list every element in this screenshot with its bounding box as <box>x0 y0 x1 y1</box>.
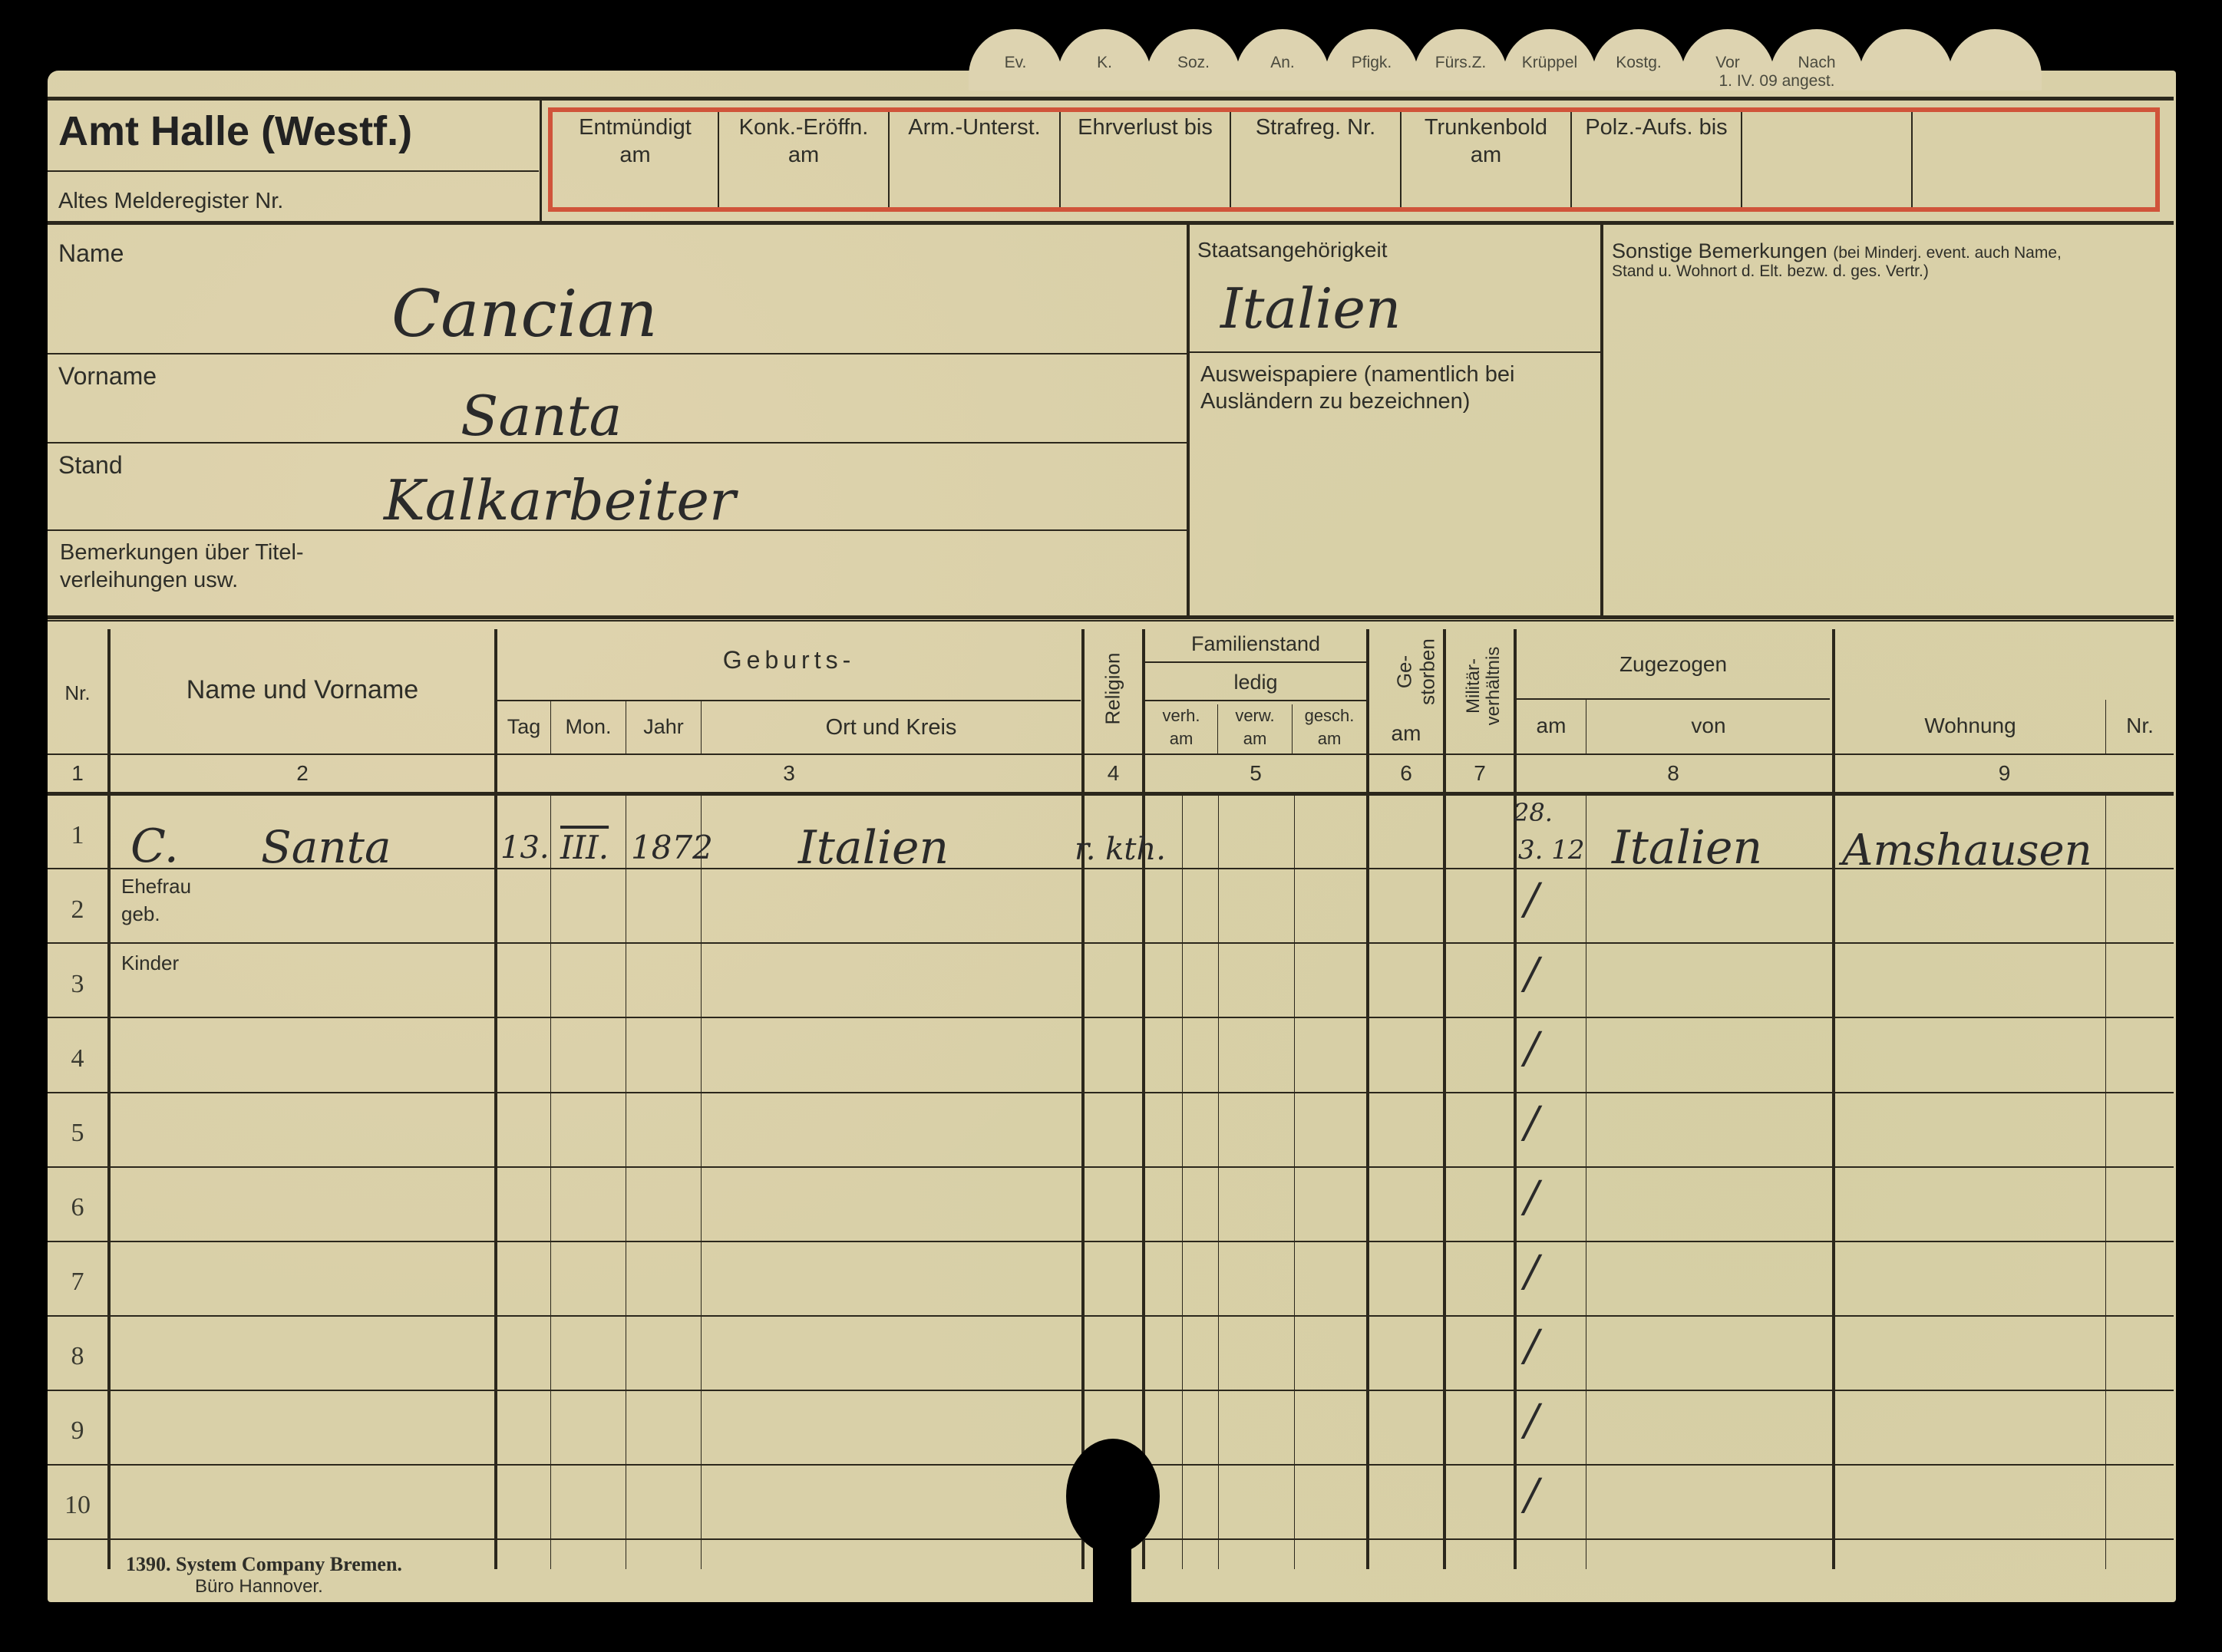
stand-value[interactable]: Kalkarbeiter <box>384 468 735 533</box>
row-number: 5 <box>51 1119 104 1148</box>
row-number: 6 <box>51 1193 104 1222</box>
tab-label: Ev. <box>969 54 1062 72</box>
col-tag: Tag <box>497 715 550 739</box>
id-papers-label-2: Ausländern zu bezeichnen) <box>1200 389 1470 414</box>
tab-label: Soz. <box>1147 54 1240 72</box>
entry-ort: Italien <box>798 821 949 875</box>
nationality-line <box>1190 351 1600 353</box>
colnum-7: 7 <box>1446 761 1514 786</box>
other-remarks-note-2: Stand u. Wohnort d. Elt. bezw. d. ges. V… <box>1612 262 1929 281</box>
col-ledig: ledig <box>1145 671 1366 694</box>
col-verh: verh. <box>1145 706 1217 726</box>
vorname-label: Vorname <box>58 362 157 391</box>
col-ort: Ort und Kreis <box>702 715 1081 740</box>
other-remarks-label: Sonstige Bemerkungen (bei Minderj. event… <box>1612 239 2062 263</box>
col-name: Name und Vorname <box>111 675 494 705</box>
colnum-6: 6 <box>1369 761 1443 786</box>
entry-zug-day: 28. <box>1514 798 1553 827</box>
col-zug-von: von <box>1586 714 1831 738</box>
col-gestorben-am: am <box>1369 721 1443 746</box>
red-col-sublabel: am <box>1402 143 1570 168</box>
colnum-3: 3 <box>497 761 1081 786</box>
red-col-label: Entmündigt <box>553 115 718 140</box>
stand-line <box>48 529 1187 531</box>
row-number: 8 <box>51 1342 104 1371</box>
tab-label: Fürs.Z. <box>1414 54 1507 72</box>
col-militaer-2: verhältnis <box>1483 632 1504 740</box>
col-gestorben-1: Ge- <box>1393 626 1417 718</box>
nationality-label: Staatsangehörigkeit <box>1197 238 1388 262</box>
red-col-sublabel: am <box>553 143 718 168</box>
nationality-value[interactable]: Italien <box>1220 276 1401 341</box>
col-birth: Geburts- <box>497 646 1081 674</box>
printer-office: Büro Hannover. <box>195 1576 323 1598</box>
entry-jahr: 1872 <box>631 829 713 866</box>
other-remarks-note: (bei Minderj. event. auch Name, <box>1833 244 2062 262</box>
punch-slot <box>1093 1535 1131 1611</box>
tab-label: K. <box>1058 54 1151 72</box>
entry-name-initial: C. <box>130 819 179 873</box>
col-zugezogen: Zugezogen <box>1517 652 1830 677</box>
entry-wohnung: Amshausen <box>1842 826 2092 875</box>
printer-line: 1390. System Company Bremen. <box>126 1553 402 1576</box>
row-number: 2 <box>51 895 104 925</box>
entry-vorname: Santa <box>261 821 391 873</box>
tab-label: Kostg. <box>1592 54 1685 72</box>
col-verw: verw. <box>1218 706 1292 726</box>
tab-blank-1[interactable] <box>1859 29 1953 91</box>
name-value[interactable]: Cancian <box>391 276 658 351</box>
other-remarks-title: Sonstige Bemerkungen <box>1612 239 1827 262</box>
colnum-1: 1 <box>48 761 107 786</box>
tab-blank-2[interactable] <box>1948 29 2042 91</box>
colnum-2: 2 <box>111 761 494 786</box>
entry-tag: 13. <box>500 830 550 866</box>
col-wohnung: Wohnung <box>1835 714 2105 738</box>
col-mon: Mon. <box>551 715 626 739</box>
top-rule <box>48 97 2174 101</box>
red-col-label: Trunkenbold <box>1402 115 1570 140</box>
col-familienstand: Familienstand <box>1145 632 1366 656</box>
name-line <box>48 353 1187 354</box>
row-label-kinder: Kinder <box>121 951 179 975</box>
office-title: Amt Halle (Westf.) <box>58 107 412 155</box>
colnum-9: 9 <box>1835 761 2174 786</box>
entry-zug-von: Italien <box>1612 821 1762 875</box>
red-col-sublabel: am <box>719 143 888 168</box>
person-bottom-rule-2 <box>48 620 2174 622</box>
slash-mark: / <box>1524 1098 1539 1148</box>
slash-mark: / <box>1524 1396 1539 1446</box>
vorname-line <box>48 442 1187 444</box>
slash-mark: / <box>1524 949 1539 999</box>
red-col-label: Ehrverlust bis <box>1061 115 1230 140</box>
tab-label: An. <box>1236 54 1329 72</box>
name-label: Name <box>58 239 124 268</box>
slash-mark: / <box>1524 1470 1539 1520</box>
col-wohn-nr: Nr. <box>2106 714 2174 738</box>
col-gesch-am: am <box>1293 729 1366 749</box>
entry-mon: III. <box>560 829 609 866</box>
col-nr: Nr. <box>48 681 107 705</box>
header-divider <box>540 100 542 223</box>
id-papers-label: Ausweispapiere (namentlich bei <box>1200 362 1514 387</box>
row-number: 9 <box>51 1416 104 1446</box>
tab-label: Nach <box>1770 54 1864 72</box>
col-militaer-1: Militär- <box>1463 632 1484 740</box>
red-col-label: Arm.-Unterst. <box>890 115 1059 140</box>
row-number: 4 <box>51 1044 104 1073</box>
vorname-value[interactable]: Santa <box>461 384 622 448</box>
entry-religion: r. kth. <box>1075 832 1166 867</box>
col-gesch: gesch. <box>1293 706 1366 726</box>
col-verw-am: am <box>1218 729 1292 749</box>
slash-mark: / <box>1524 1172 1539 1222</box>
red-col-label: Konk.-Eröffn. <box>719 115 888 140</box>
red-col-label: Polz.-Aufs. bis <box>1572 115 1741 140</box>
name-divider <box>1187 224 1190 617</box>
slash-mark: / <box>1524 1247 1539 1297</box>
red-col-label: Strafreg. Nr. <box>1231 115 1400 140</box>
register-label: Altes Melderegister Nr. <box>58 189 283 214</box>
col-jahr: Jahr <box>626 715 701 739</box>
row-number: 7 <box>51 1268 104 1297</box>
col-zug-am: am <box>1517 714 1586 738</box>
col-gestorben-2: storben <box>1416 626 1440 718</box>
remarks-label: Bemerkungen über Titel- <box>60 540 304 566</box>
row-number: 3 <box>51 970 104 999</box>
header-bottom-rule <box>48 221 2174 225</box>
row-number: 1 <box>51 821 104 850</box>
remarks-label-2: verleihungen usw. <box>60 568 238 593</box>
col-religion: Religion <box>1101 647 1125 731</box>
entry-zug-date: 3. 12 <box>1518 835 1585 866</box>
person-bottom-rule <box>48 615 2174 619</box>
stand-label: Stand <box>58 451 123 480</box>
col-verh-am: am <box>1145 729 1217 749</box>
row-label-geb: geb. <box>121 902 160 926</box>
tab-label: Krüppel <box>1503 54 1596 72</box>
colnum-8: 8 <box>1517 761 1830 786</box>
slash-mark: / <box>1524 875 1539 925</box>
colnum-5: 5 <box>1145 761 1366 786</box>
row-label-ehefrau: Ehefrau <box>121 875 191 899</box>
tab-label: Vor <box>1681 54 1775 72</box>
colnum-4: 4 <box>1085 761 1142 786</box>
tab-note: 1. IV. 09 angest. <box>1689 72 1865 91</box>
slash-mark: / <box>1524 1321 1539 1371</box>
nationality-divider <box>1600 224 1603 617</box>
row-number: 10 <box>51 1491 104 1520</box>
slash-mark: / <box>1524 1024 1539 1073</box>
title-underline <box>48 170 539 172</box>
tab-label: Pfigk. <box>1325 54 1418 72</box>
